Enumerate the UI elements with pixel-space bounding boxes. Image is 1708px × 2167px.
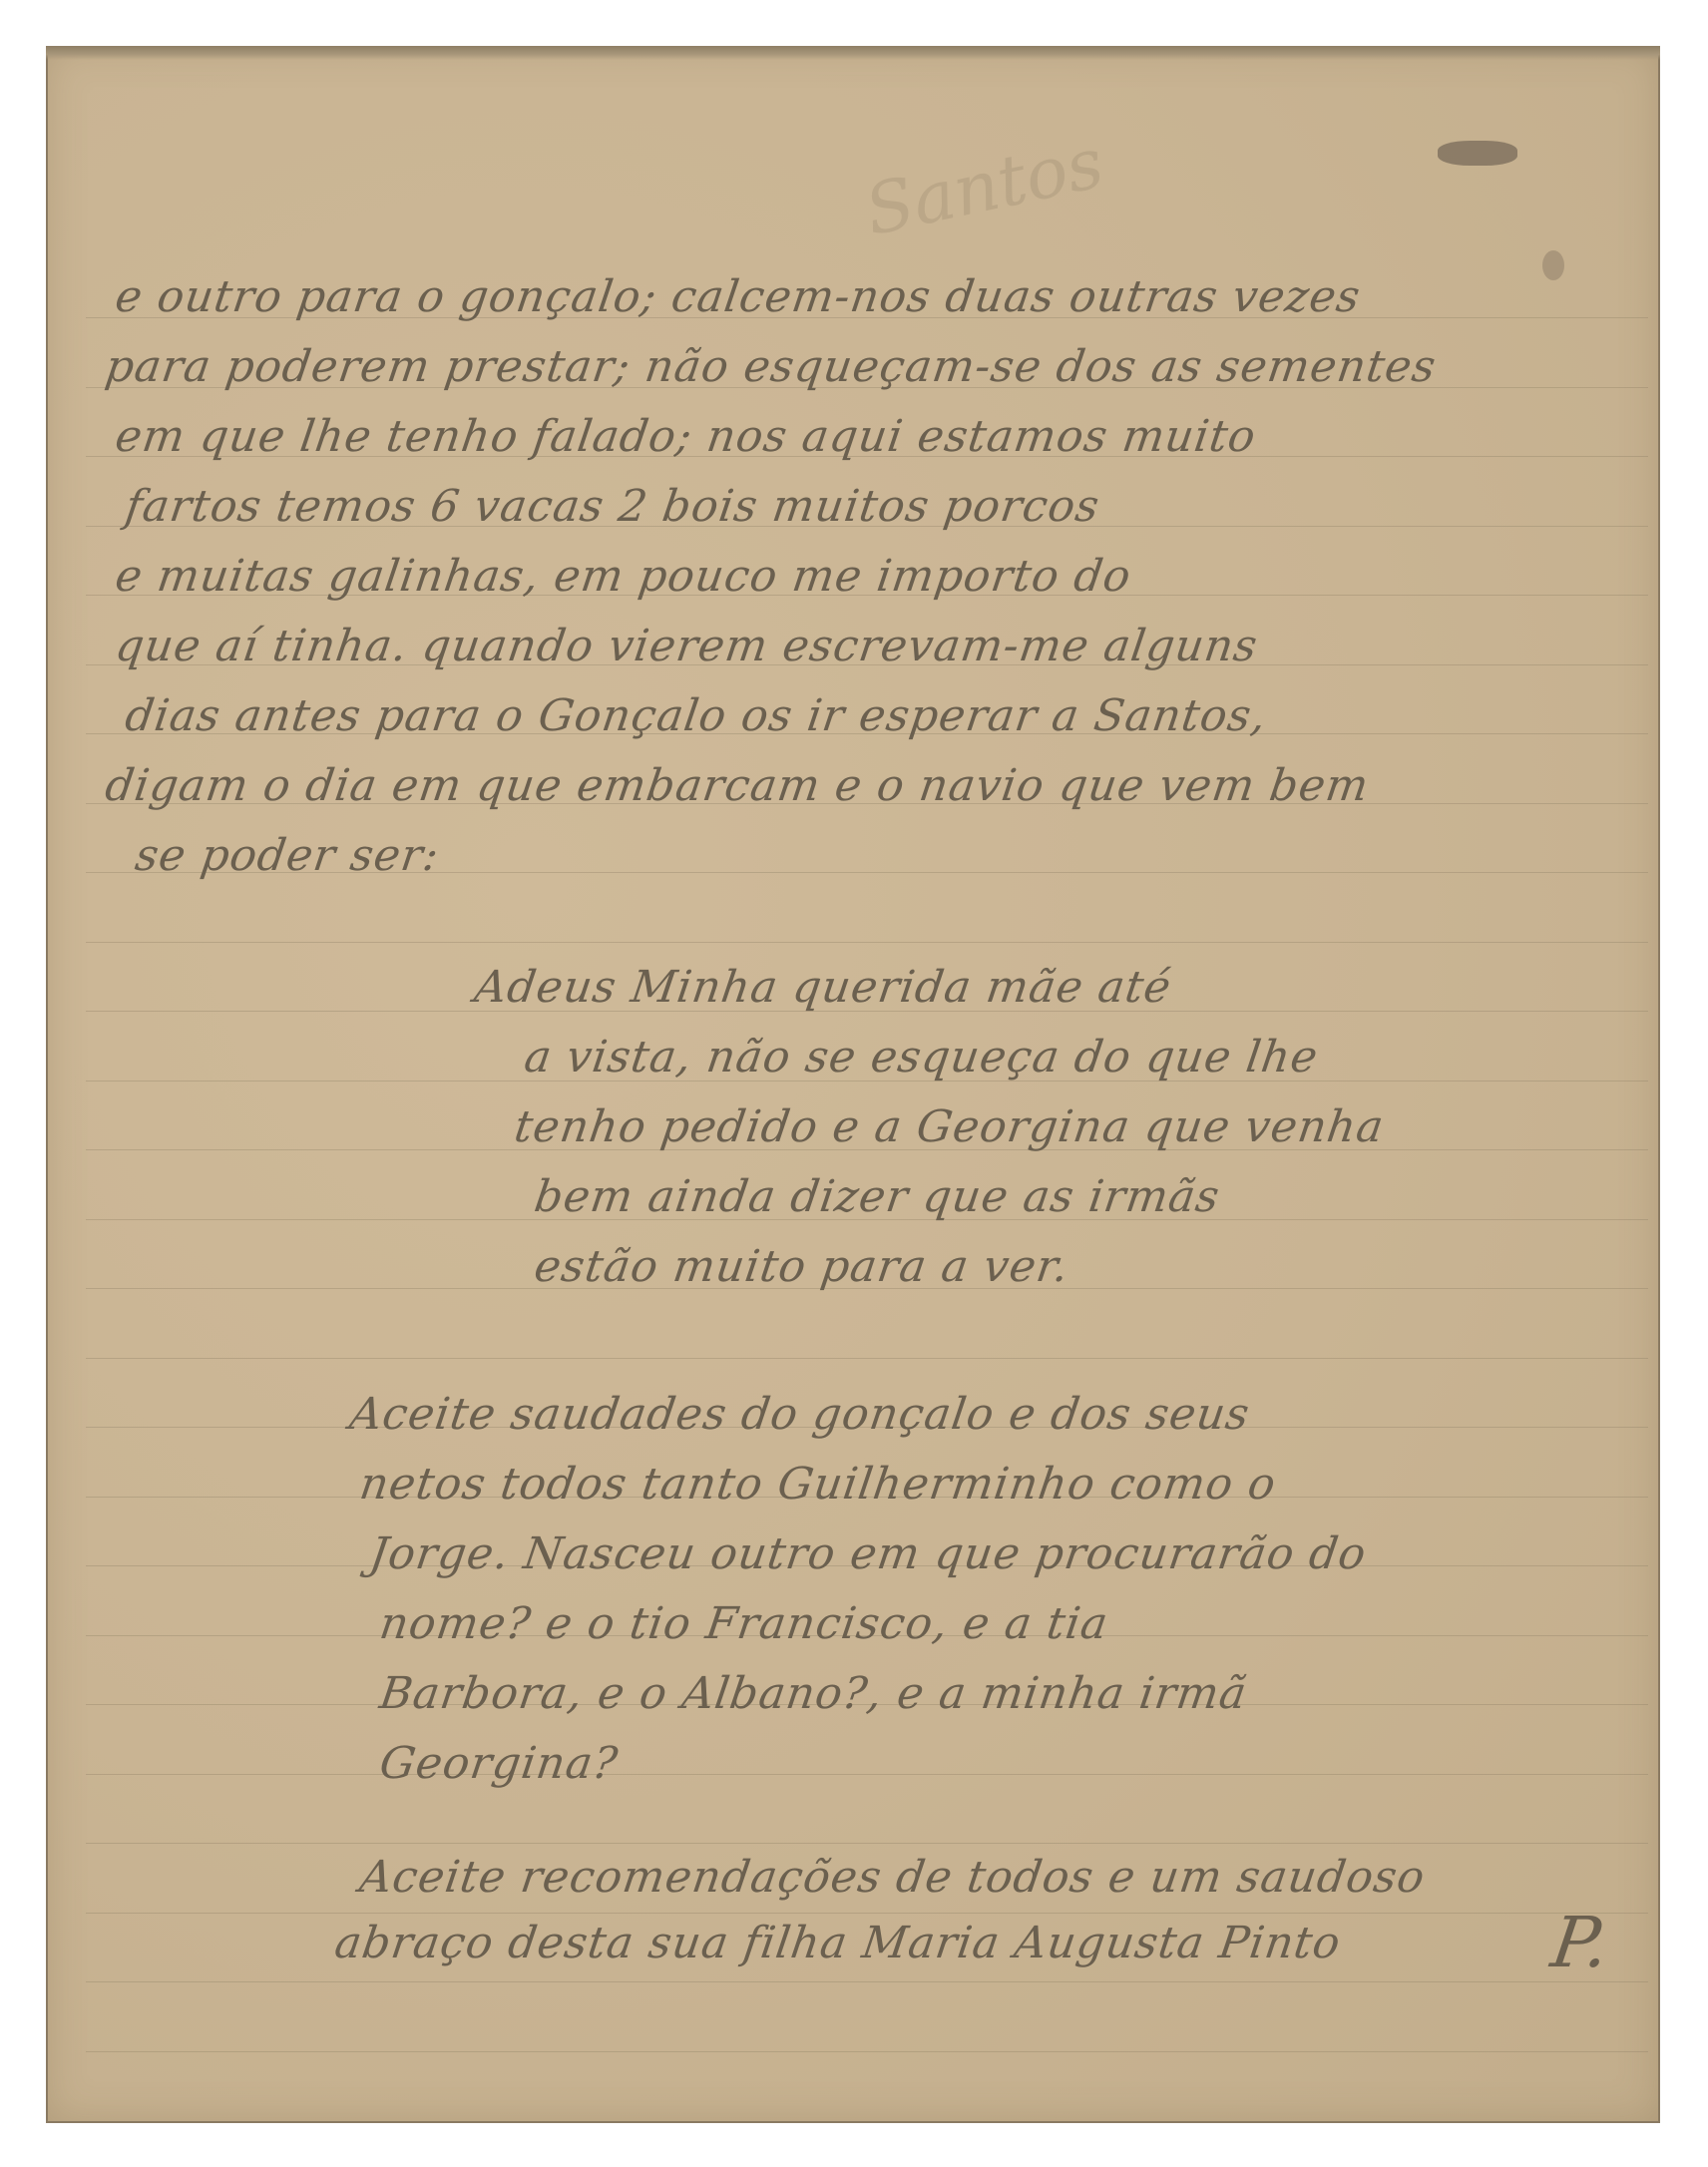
ink-blot <box>1438 141 1517 166</box>
letter-page: Santos e outro para o gonçalo; calcem-no… <box>46 46 1660 2123</box>
ruled-line <box>86 1843 1648 1844</box>
text-line: Aceite saudades do gonçalo e dos seus <box>346 1389 1253 1440</box>
text-line: Georgina? <box>376 1738 621 1789</box>
text-line: e outro para o gonçalo; calcem-nos duas … <box>112 271 1364 322</box>
closing-line: Aceite recomendações de todos e um saudo… <box>356 1852 1428 1903</box>
text-line: se poder ser: <box>132 830 442 881</box>
text-line: e muitas galinhas, em pouco me importo d… <box>112 551 1134 602</box>
text-line: dias antes para o Gonçalo os ir esperar … <box>122 690 1270 741</box>
farewell-line: tenho pedido e a Georgina que venha <box>511 1101 1387 1152</box>
closing-line: abraço desta sua filha Maria Augusta Pin… <box>331 1918 1344 1968</box>
text-line: netos todos tanto Guilherminho como o <box>356 1459 1279 1510</box>
ruled-line <box>86 1981 1648 1982</box>
ruled-line <box>86 942 1648 943</box>
farewell-line: a vista, não se esqueça do que lhe <box>521 1032 1321 1083</box>
bleedthrough-text: Santos <box>858 122 1110 251</box>
text-line: Barbora, e o Albano?, e a minha irmã <box>376 1668 1250 1719</box>
farewell-line: bem ainda dizer que as irmãs <box>531 1171 1223 1222</box>
ruled-line <box>86 1913 1648 1914</box>
text-line: Jorge. Nasceu outro em que procurarão do <box>366 1528 1369 1579</box>
ruled-line <box>86 1358 1648 1359</box>
torn-top-edge <box>46 46 1660 60</box>
text-line: para poderem prestar; não esqueçam-se do… <box>102 341 1439 392</box>
farewell-line: estão muito para a ver. <box>531 1241 1071 1292</box>
signature-flourish: P. <box>1546 1902 1615 1983</box>
farewell-line: Adeus Minha querida mãe até <box>471 962 1174 1013</box>
ink-blot-small <box>1542 250 1564 280</box>
text-line: em que lhe tenho falado; nos aqui estamo… <box>112 411 1259 462</box>
text-line: nome? e o tio Francisco, e a tia <box>376 1598 1111 1649</box>
text-line: fartos temos 6 vacas 2 bois muitos porco… <box>122 481 1102 532</box>
ruled-line <box>86 2051 1648 2052</box>
text-line: digam o dia em que embarcam e o navio qu… <box>102 760 1372 811</box>
ruled-line <box>86 1774 1648 1775</box>
text-line: que aí tinha. quando vierem escrevam-me … <box>112 621 1261 671</box>
